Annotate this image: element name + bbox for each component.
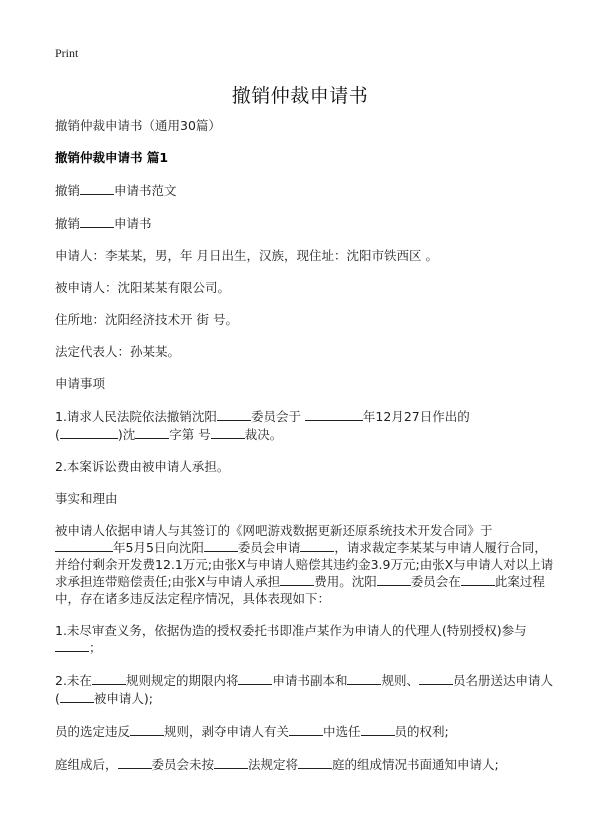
blank-field bbox=[289, 723, 323, 736]
point-item-4: 庭组成后，委员会未按法规定将庭的组成情况书面通知申请人; bbox=[55, 756, 555, 774]
text: 申请书 bbox=[114, 216, 152, 231]
text: 字第 号 bbox=[169, 427, 210, 442]
paragraph-respondent: 被申请人：沈阳某某有限公司。 bbox=[55, 280, 555, 297]
blank-field bbox=[280, 573, 314, 586]
text: 被申请人依据申请人与其签订的《网吧游戏数据更新还原系统技术开发合同》于 bbox=[55, 523, 493, 538]
blank-field bbox=[80, 215, 114, 228]
blank-field bbox=[80, 182, 114, 195]
text: 委员会申请 bbox=[238, 540, 301, 555]
text: 1.请求人民法院依法撤销沈阳 bbox=[55, 409, 217, 424]
section-heading: 撤销仲裁申请书 篇1 bbox=[55, 150, 555, 167]
point-item-1: 1.未尽审查义务，依据伪造的授权委托书即准卢某作为申请人的代理人(特别授权)参与… bbox=[55, 623, 555, 657]
text: 庭组成后， bbox=[55, 757, 118, 772]
text: 员的权利; bbox=[395, 724, 449, 739]
text: ； bbox=[89, 640, 102, 655]
blank-field bbox=[347, 672, 381, 685]
text: 费用。沈阳 bbox=[314, 574, 377, 589]
blank-field bbox=[204, 539, 238, 552]
paragraph-address: 住所地：沈阳经济技术开 街 号。 bbox=[55, 312, 555, 329]
text: 裁决。 bbox=[245, 427, 283, 442]
document-body: 撤销仲裁申请书（通用30篇） 撤销仲裁申请书 篇1 撤销申请书范文 撤销申请书 … bbox=[55, 118, 555, 789]
blank-field bbox=[214, 756, 248, 769]
text: 法规定将 bbox=[248, 757, 298, 772]
text: 中选任 bbox=[323, 724, 361, 739]
blank-field bbox=[298, 756, 332, 769]
text: 被申请人); bbox=[94, 691, 153, 706]
blank-field bbox=[60, 426, 118, 439]
blank-field bbox=[217, 408, 251, 421]
request-item-2: 2.本案诉讼费由被申请人承担。 bbox=[55, 459, 555, 476]
blank-field bbox=[461, 573, 495, 586]
text: 规则、 bbox=[381, 673, 419, 688]
blank-field bbox=[92, 672, 126, 685]
blank-field bbox=[55, 539, 113, 552]
text: 庭的组成情况书面通知申请人; bbox=[332, 757, 499, 772]
point-item-2: 2.未在规则规定的期限内将申请书副本和规则、员名册送达申请人(被申请人); bbox=[55, 672, 555, 707]
text: 委员会未按 bbox=[152, 757, 215, 772]
text: 规则，剥夺申请人有关 bbox=[164, 724, 289, 739]
blank-field bbox=[377, 573, 411, 586]
blank-field bbox=[238, 672, 272, 685]
paragraph-shenqingshu: 撤销申请书 bbox=[55, 215, 555, 233]
paragraph-applicant: 申请人：李某某，男，年 月日出生，汉族，现住址：沈阳市铁西区 。 bbox=[55, 248, 555, 265]
text: 申请书范文 bbox=[114, 183, 177, 198]
blank-field bbox=[305, 408, 363, 421]
paragraph-fanwen: 撤销申请书范文 bbox=[55, 182, 555, 200]
document-page: Print 撤销仲裁申请书 撤销仲裁申请书（通用30篇） 撤销仲裁申请书 篇1 … bbox=[0, 0, 600, 828]
text: 申请书副本和 bbox=[272, 673, 347, 688]
blank-field bbox=[130, 723, 164, 736]
blank-field bbox=[55, 639, 89, 652]
request-item-1: 1.请求人民法院依法撤销沈阳委员会于 年12月27日作出的()沈字第 号裁决。 bbox=[55, 408, 555, 443]
blank-field bbox=[300, 539, 334, 552]
blank-field bbox=[211, 426, 245, 439]
paragraph-legal-rep: 法定代表人：孙某某。 bbox=[55, 344, 555, 361]
document-title: 撤销仲裁申请书 bbox=[0, 81, 600, 108]
document-subtitle: 撤销仲裁申请书（通用30篇） bbox=[55, 118, 555, 135]
text: 撤销 bbox=[55, 216, 80, 231]
requests-heading: 申请事项 bbox=[55, 376, 555, 393]
text: 委员会于 bbox=[251, 409, 305, 424]
blank-field bbox=[118, 756, 152, 769]
print-label: Print bbox=[55, 46, 78, 61]
text: 员的选定违反 bbox=[55, 724, 130, 739]
blank-field bbox=[361, 723, 395, 736]
text: 年12月27日作出的 bbox=[363, 409, 470, 424]
blank-field bbox=[419, 672, 453, 685]
text: 委员会在 bbox=[411, 574, 461, 589]
text: )沈 bbox=[118, 427, 135, 442]
facts-paragraph: 被申请人依据申请人与其签订的《网吧游戏数据更新还原系统技术开发合同》于年5月5日… bbox=[55, 523, 555, 608]
blank-field bbox=[135, 426, 169, 439]
text: 规则规定的期限内将 bbox=[126, 673, 239, 688]
blank-field bbox=[60, 690, 94, 703]
text: 撤销 bbox=[55, 183, 80, 198]
text: 年5月5日向沈阳 bbox=[113, 540, 204, 555]
text: 1.未尽审查义务，依据伪造的授权委托书即准卢某作为申请人的代理人(特别授权)参与 bbox=[55, 623, 527, 638]
point-item-3: 员的选定违反规则，剥夺申请人有关中选任员的权利; bbox=[55, 723, 555, 741]
facts-heading: 事实和理由 bbox=[55, 491, 555, 508]
text: 2.未在 bbox=[55, 673, 92, 688]
